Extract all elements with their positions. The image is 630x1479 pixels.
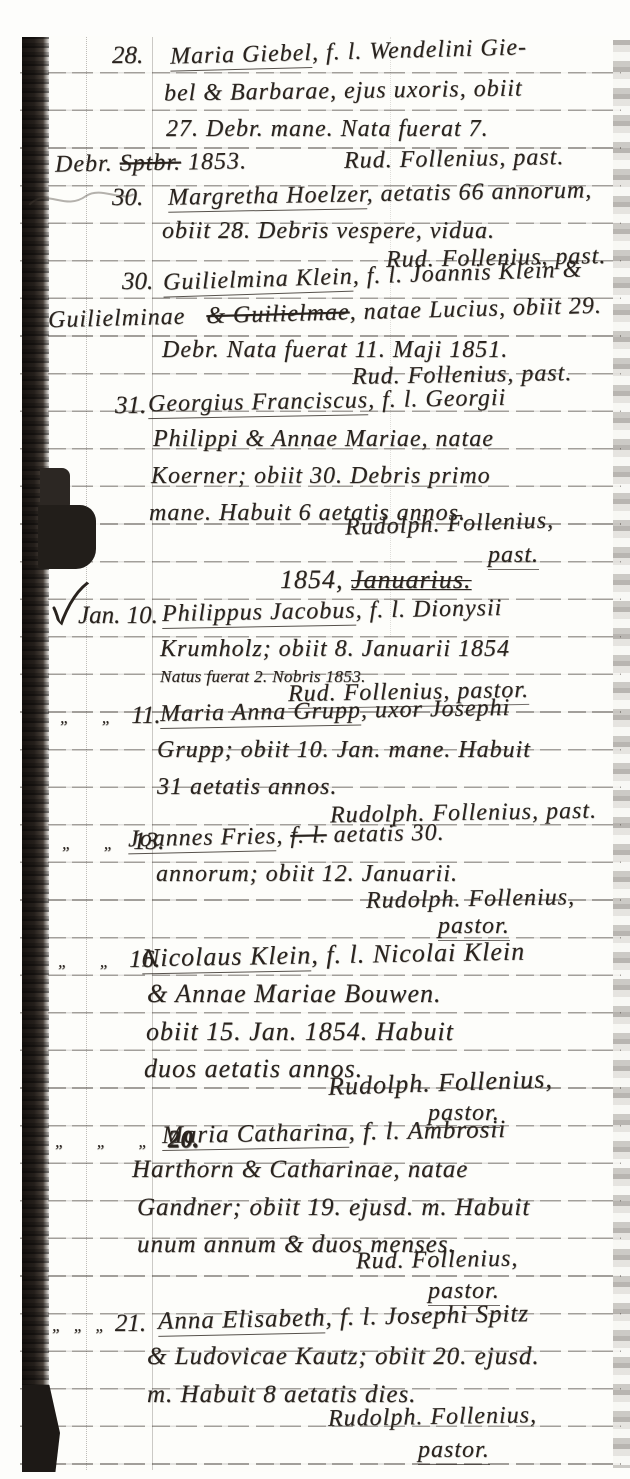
right-scan-edge [613,40,630,1468]
year-month-heading: 1854, Januarius. [280,565,472,595]
column-rule-left [86,37,87,1470]
year-label: 1854, [280,565,344,594]
column-rule-faint [390,37,391,637]
ruled-paper-background [20,36,621,1472]
binding-ink-blot-small [40,468,70,510]
month-label: Januarius. [351,565,472,594]
book-binding-shadow [22,37,49,1470]
column-rule-margin [152,37,153,1470]
scanned-register-page: 28. Maria Giebel, f. l. Wendelini Gie- b… [0,0,630,1479]
pen-flourish [52,578,98,630]
stray-pen-squiggle [26,182,136,216]
binding-ink-blot-large [38,505,96,569]
